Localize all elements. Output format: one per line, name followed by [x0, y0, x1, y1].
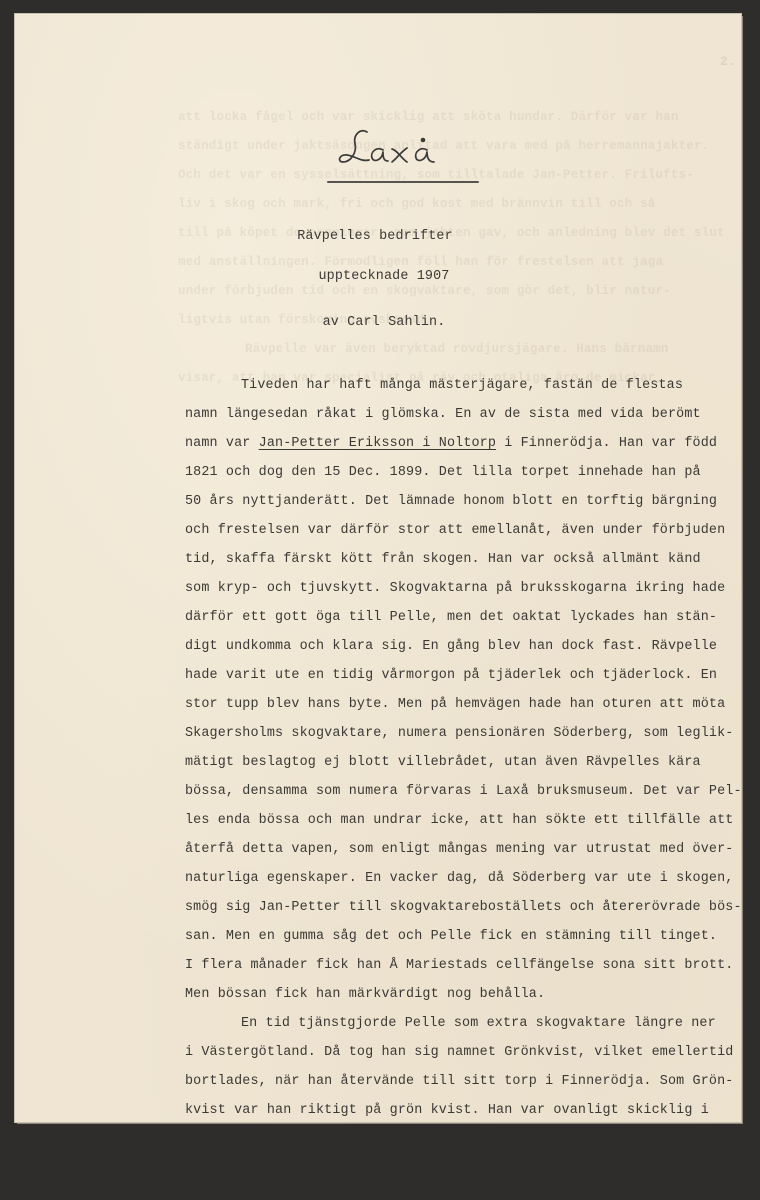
body-line: san. Men en gumma såg det och Pelle fick… — [185, 929, 717, 944]
bleed-line: Rävpelle var även beryktad rovdjursjägar… — [245, 342, 669, 356]
subtitle: Rävpelles bedrifter — [15, 229, 741, 244]
body-line: bortlades, när han återvände till sitt t… — [185, 1074, 733, 1089]
bleed-line: med anställningen. Förmodligen föll han … — [178, 255, 663, 269]
body-line: stor tupp blev hans byte. Men på hemväge… — [185, 697, 725, 712]
body-line: Skagersholms skogvaktare, numera pension… — [185, 726, 733, 741]
author-line: av Carl Sahlin. — [15, 315, 741, 330]
body-line: namn var Jan-Petter Eriksson i Noltorp i… — [185, 436, 717, 451]
bleed-line: under förbjuden tid och en skogvaktare, … — [178, 284, 671, 298]
body-line: Tiveden har haft många mästerjägare, fas… — [241, 378, 683, 393]
body-line: namn längesedan råkat i glömska. En av d… — [185, 407, 701, 422]
page-number: 2. — [720, 54, 736, 69]
document-page: 2. att locka fågel och var skicklig att … — [15, 14, 741, 1122]
body-line: tid, skaffa färskt kött från skogen. Han… — [185, 552, 701, 567]
body-line: naturliga egenskaper. En vacker dag, då … — [185, 871, 733, 886]
bleed-line: liv i skog och mark, fri och god kost me… — [178, 197, 655, 211]
body-line: En tid tjänstgjorde Pelle som extra skog… — [241, 1016, 716, 1031]
body-line: och frestelsen var därför stor att emell… — [185, 523, 725, 538]
body-line: i Västergötland. Då tog han sig namnet G… — [185, 1045, 733, 1060]
body-line: som kryp- och tjuvskytt. Skogvaktarna på… — [185, 581, 725, 596]
body-line: mätigt beslagtog ej blott villebrådet, u… — [185, 755, 701, 770]
body-text: namn var — [185, 436, 259, 451]
body-line: Men bössan fick han märkvärdigt nog behå… — [185, 987, 545, 1002]
handwritten-title — [337, 122, 457, 177]
body-line: hade varit ute en tidig vårmorgon på tjä… — [185, 668, 717, 683]
body-line: återfå detta vapen, som enligt mångas me… — [185, 842, 733, 857]
body-line: kvist var han riktigt på grön kvist. Han… — [185, 1103, 709, 1118]
body-text: i Finnerödja. Han var född — [496, 436, 717, 451]
body-line: 50 års nyttjanderätt. Det lämnade honom … — [185, 494, 717, 509]
body-line: 1821 och dog den 15 Dec. 1899. Det lilla… — [185, 465, 701, 480]
scanned-document-viewer: 2. att locka fågel och var skicklig att … — [0, 0, 760, 1200]
body-line: bössa, densamma som numera förvaras i La… — [185, 784, 742, 799]
title-underline — [327, 181, 479, 183]
body-line: digt undkomma och klara sig. En gång ble… — [185, 639, 717, 654]
body-line: smög sig Jan-Petter till skogvaktarebost… — [185, 900, 742, 915]
body-line: därför ett gott öga till Pelle, men det … — [185, 610, 717, 625]
body-line: les enda bössa och man undrar icke, att … — [185, 813, 733, 828]
recorded-year: upptecknade 1907 — [15, 269, 741, 284]
underlined-name: Jan-Petter Eriksson i Noltorp — [259, 436, 496, 451]
body-line: I flera månader fick han Å Mariestads ce… — [185, 958, 733, 973]
handwritten-title-laxa-icon — [337, 122, 457, 177]
